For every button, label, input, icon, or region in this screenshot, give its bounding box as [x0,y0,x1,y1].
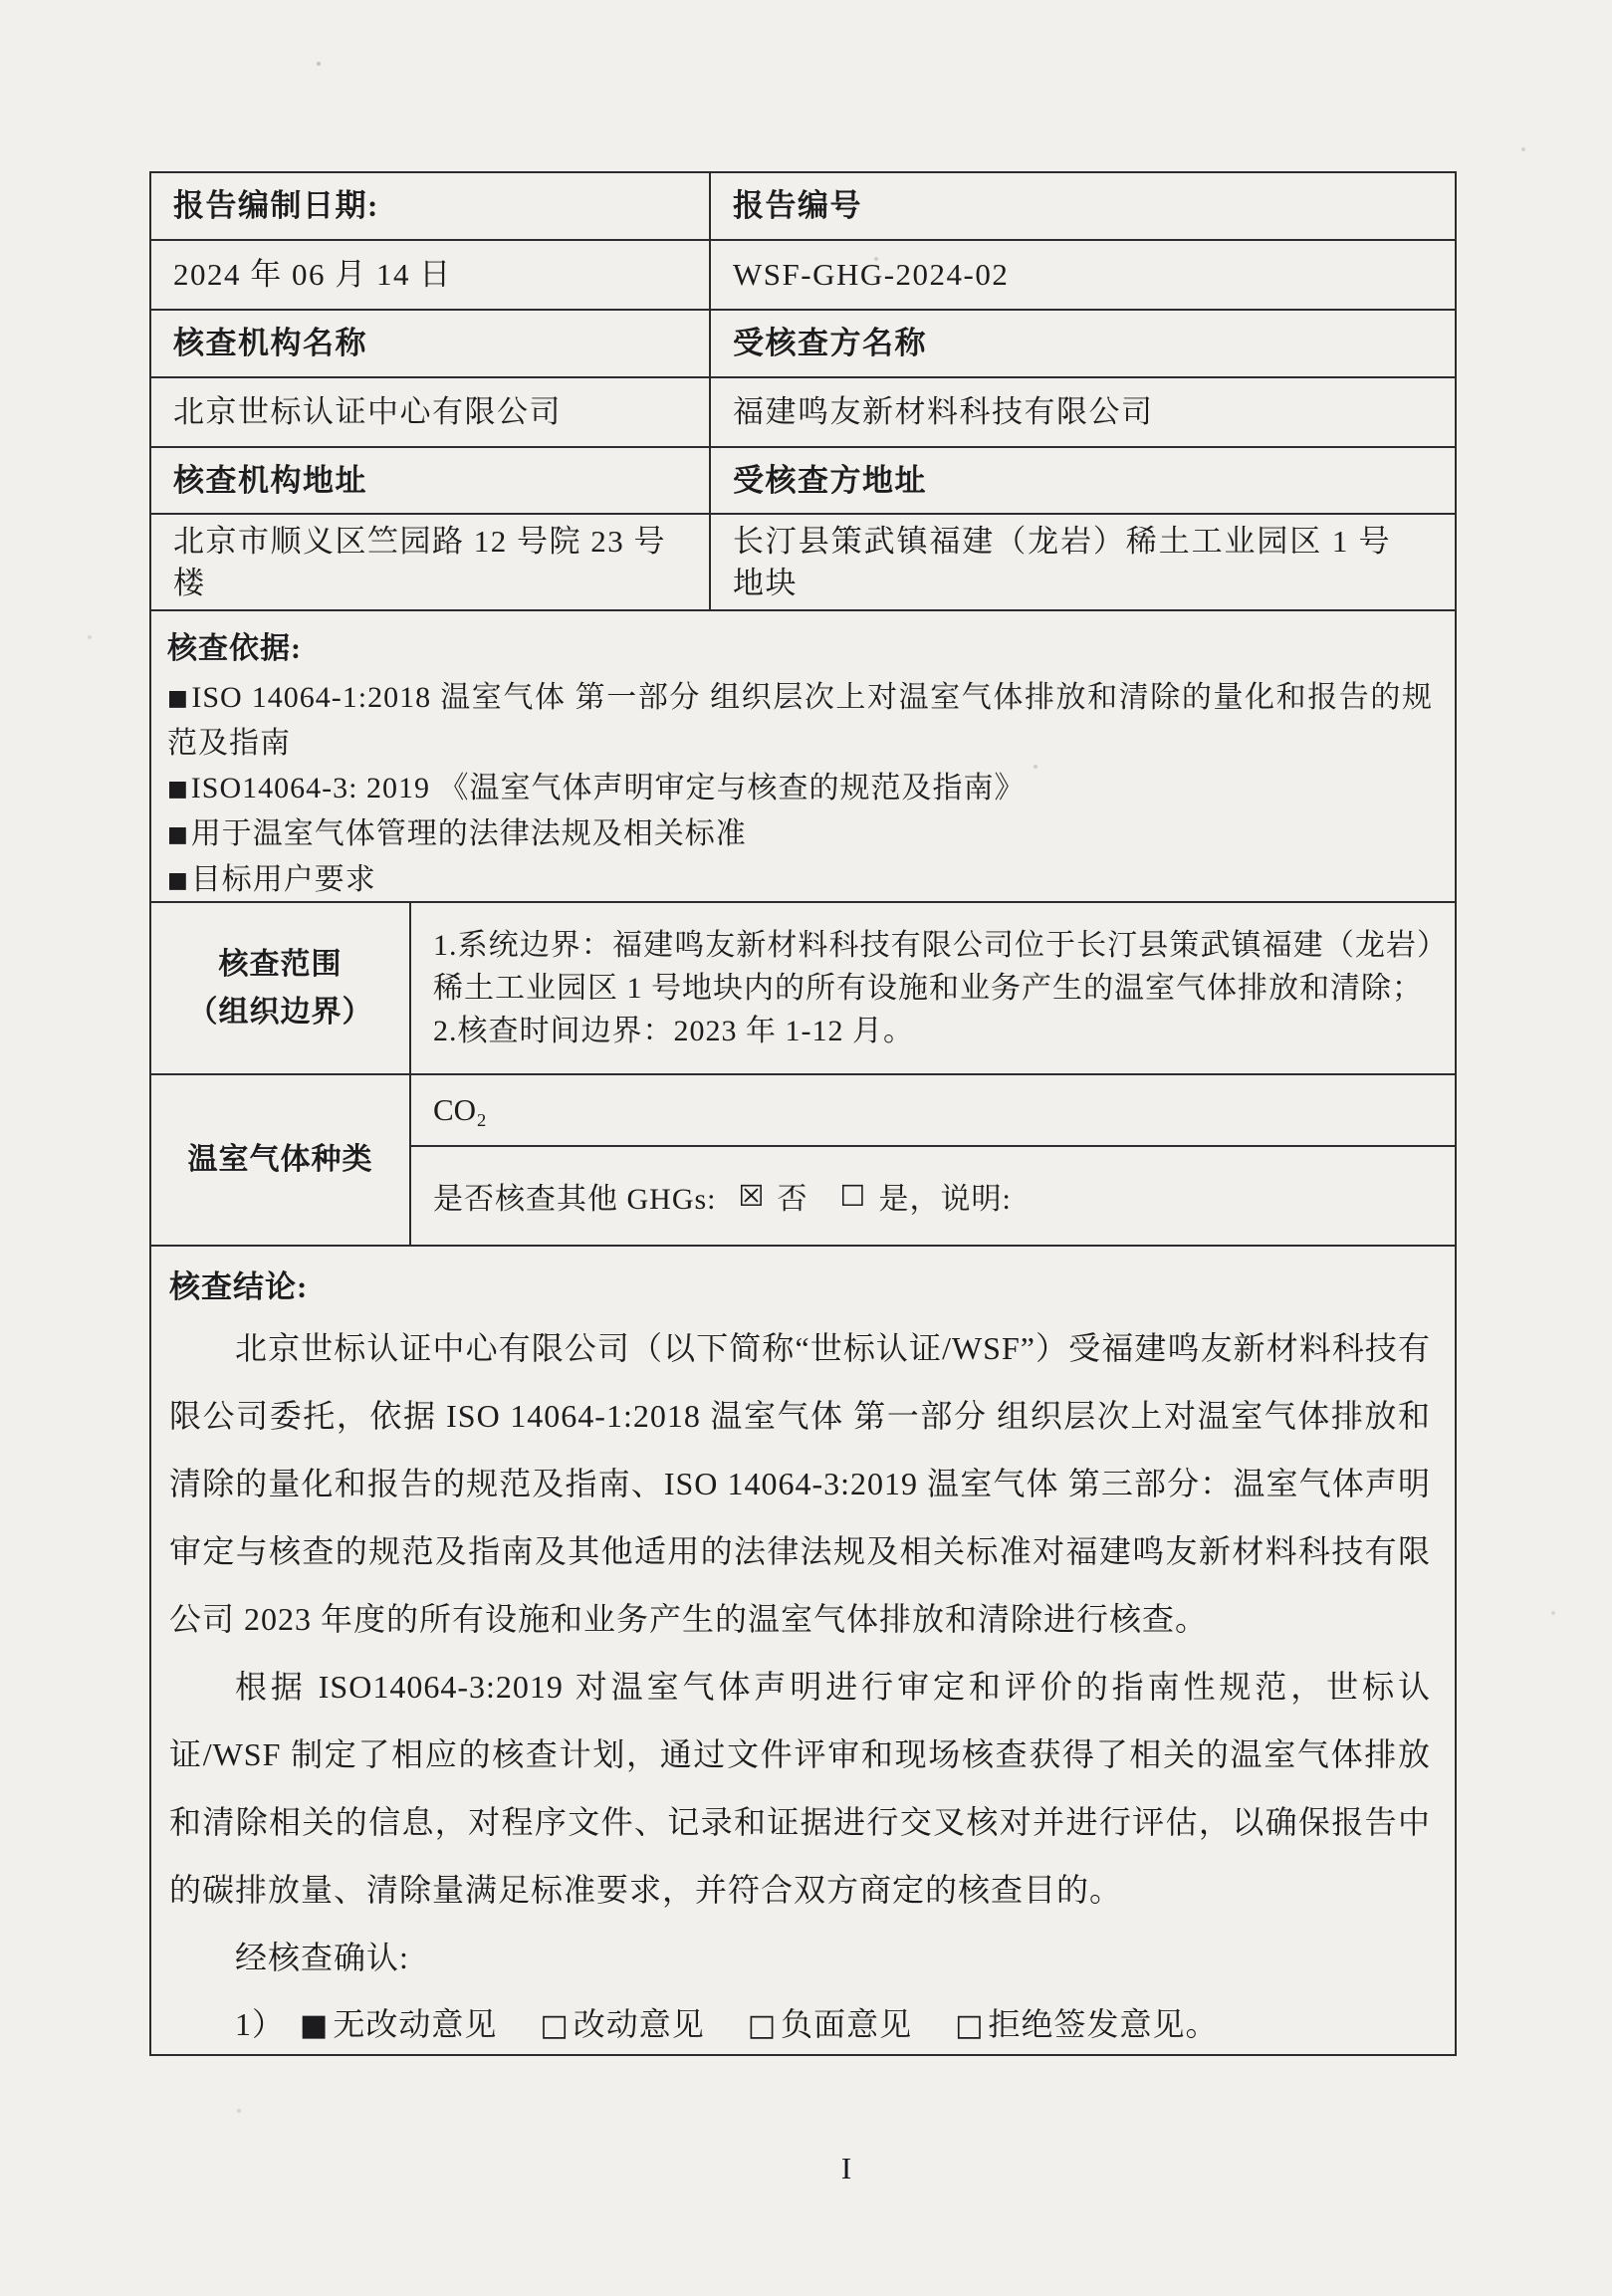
conclusion-paragraph: 根据 ISO14064-3:2019 对温室气体声明进行审定和评价的指南性规范，… [169,1653,1431,1924]
ghg-types-content: CO₂ 是否核查其他 GHGs: ☒ 否 ☐ 是，说明: [409,1075,1455,1245]
opinion-option: □改动意见 [540,2006,704,2042]
square-bullet-icon: ■ [167,686,189,711]
square-bullet-icon: ■ [167,822,189,847]
table-row: 2024 年 06 月 14 日 WSF-GHG-2024-02 [151,241,1455,311]
report-date-label: 报告编制日期: [151,173,709,239]
square-bullet-icon: ■ [167,777,189,802]
verified-party-address-label: 受核查方地址 [709,448,1455,513]
opinion-option: □负面意见 [748,2006,912,2042]
verification-scope-row: 核查范围 （组织边界） 1.系统边界：福建鸣友新材料科技有限公司位于长汀县策武镇… [151,903,1455,1075]
opinion-item-number: 1） [235,2006,285,2042]
ghg-gas-cell: CO₂ [411,1075,1455,1147]
basis-item: ■用于温室气体管理的法律法规及相关标准 [167,811,1433,857]
verifier-address-value: 北京市顺义区竺园路 12 号院 23 号楼 [151,515,709,609]
verified-party-address-value: 长汀县策武镇福建（龙岩）稀土工业园区 1 号地块 [709,515,1455,609]
table-row: 北京世标认证中心有限公司 福建鸣友新材料科技有限公司 [151,378,1455,448]
verifier-name-label: 核查机构名称 [151,311,709,376]
report-number-value: WSF-GHG-2024-02 [709,241,1455,309]
basis-item: ■ISO 14064-1:2018 温室气体 第一部分 组织层次上对温室气体排放… [167,675,1433,766]
basis-item: ■目标用户要求 [167,857,1433,903]
ghg-other-cell: 是否核查其他 GHGs: ☒ 否 ☐ 是，说明: [411,1147,1455,1245]
checkbox-empty-icon: ☐ [840,1179,867,1213]
scope-time-boundary: 2.核查时间边界：2023 年 1-12 月。 [433,1010,1433,1052]
ghg-types-row: 温室气体种类 CO₂ 是否核查其他 GHGs: ☒ 否 ☐ 是，说明: [151,1075,1455,1247]
verification-basis-heading: 核查依据: [167,623,1433,675]
opinion-options-line: 1） ■无改动意见 □改动意见 □负面意见 □拒绝签发意见。 [169,1991,1431,2059]
verification-basis-row: 核查依据: ■ISO 14064-1:2018 温室气体 第一部分 组织层次上对… [151,611,1455,903]
verification-basis-cell: 核查依据: ■ISO 14064-1:2018 温室气体 第一部分 组织层次上对… [151,611,1455,901]
checkbox-checked-icon: ☒ [739,1179,766,1213]
checkbox-empty-icon: □ [955,2008,984,2043]
verification-scope-label: 核查范围 （组织边界） [151,903,409,1073]
co2-formula: CO₂ [433,1092,487,1128]
checkbox-filled-icon: ■ [300,2008,329,2043]
table-row: 核查机构地址 受核查方地址 [151,448,1455,515]
checkbox-empty-icon: □ [540,2008,569,2043]
verification-conclusion-row: 核查结论: 北京世标认证中心有限公司（以下简称“世标认证/WSF”）受福建鸣友新… [151,1247,1455,2059]
verification-report-info-table: 报告编制日期: 报告编号 2024 年 06 月 14 日 WSF-GHG-20… [149,171,1457,2056]
table-row: 报告编制日期: 报告编号 [151,173,1455,241]
ghg-other-prefix: 是否核查其他 GHGs: [433,1174,717,1218]
verifier-address-label: 核查机构地址 [151,448,709,513]
conclusion-confirmation-line: 经核查确认: [169,1924,1431,1991]
page-number: I [767,2151,926,2186]
verified-party-name-label: 受核查方名称 [709,311,1455,376]
checkbox-empty-icon: □ [748,2008,777,2043]
scope-system-boundary: 1.系统边界：福建鸣友新材料科技有限公司位于长汀县策武镇福建（龙岩）稀土工业园区… [433,924,1433,1010]
conclusion-paragraph: 北京世标认证中心有限公司（以下简称“世标认证/WSF”）受福建鸣友新材料科技有限… [169,1314,1431,1653]
report-number-label: 报告编号 [709,173,1455,239]
verifier-name-value: 北京世标认证中心有限公司 [151,378,709,446]
scanned-document-page: 报告编制日期: 报告编号 2024 年 06 月 14 日 WSF-GHG-20… [0,0,1612,2296]
ghg-option-no-label: 否 [778,1174,808,1218]
ghg-types-label: 温室气体种类 [151,1075,409,1245]
verification-scope-content: 1.系统边界：福建鸣友新材料科技有限公司位于长汀县策武镇福建（龙岩）稀土工业园区… [409,903,1455,1073]
verified-party-name-value: 福建鸣友新材料科技有限公司 [709,378,1455,446]
table-row: 北京市顺义区竺园路 12 号院 23 号楼 长汀县策武镇福建（龙岩）稀土工业园区… [151,515,1455,611]
opinion-option: ■无改动意见 [300,2006,497,2042]
verification-conclusion-cell: 核查结论: 北京世标认证中心有限公司（以下简称“世标认证/WSF”）受福建鸣友新… [151,1247,1455,2059]
report-date-value: 2024 年 06 月 14 日 [151,241,709,309]
opinion-option: □拒绝签发意见。 [955,2006,1218,2042]
conclusion-heading: 核查结论: [169,1261,1431,1314]
ghg-option-yes-label: 是，说明: [879,1174,1012,1218]
square-bullet-icon: ■ [167,868,189,893]
basis-item: ■ISO14064-3: 2019 《温室气体声明审定与核查的规范及指南》 [167,766,1433,811]
table-row: 核查机构名称 受核查方名称 [151,311,1455,378]
